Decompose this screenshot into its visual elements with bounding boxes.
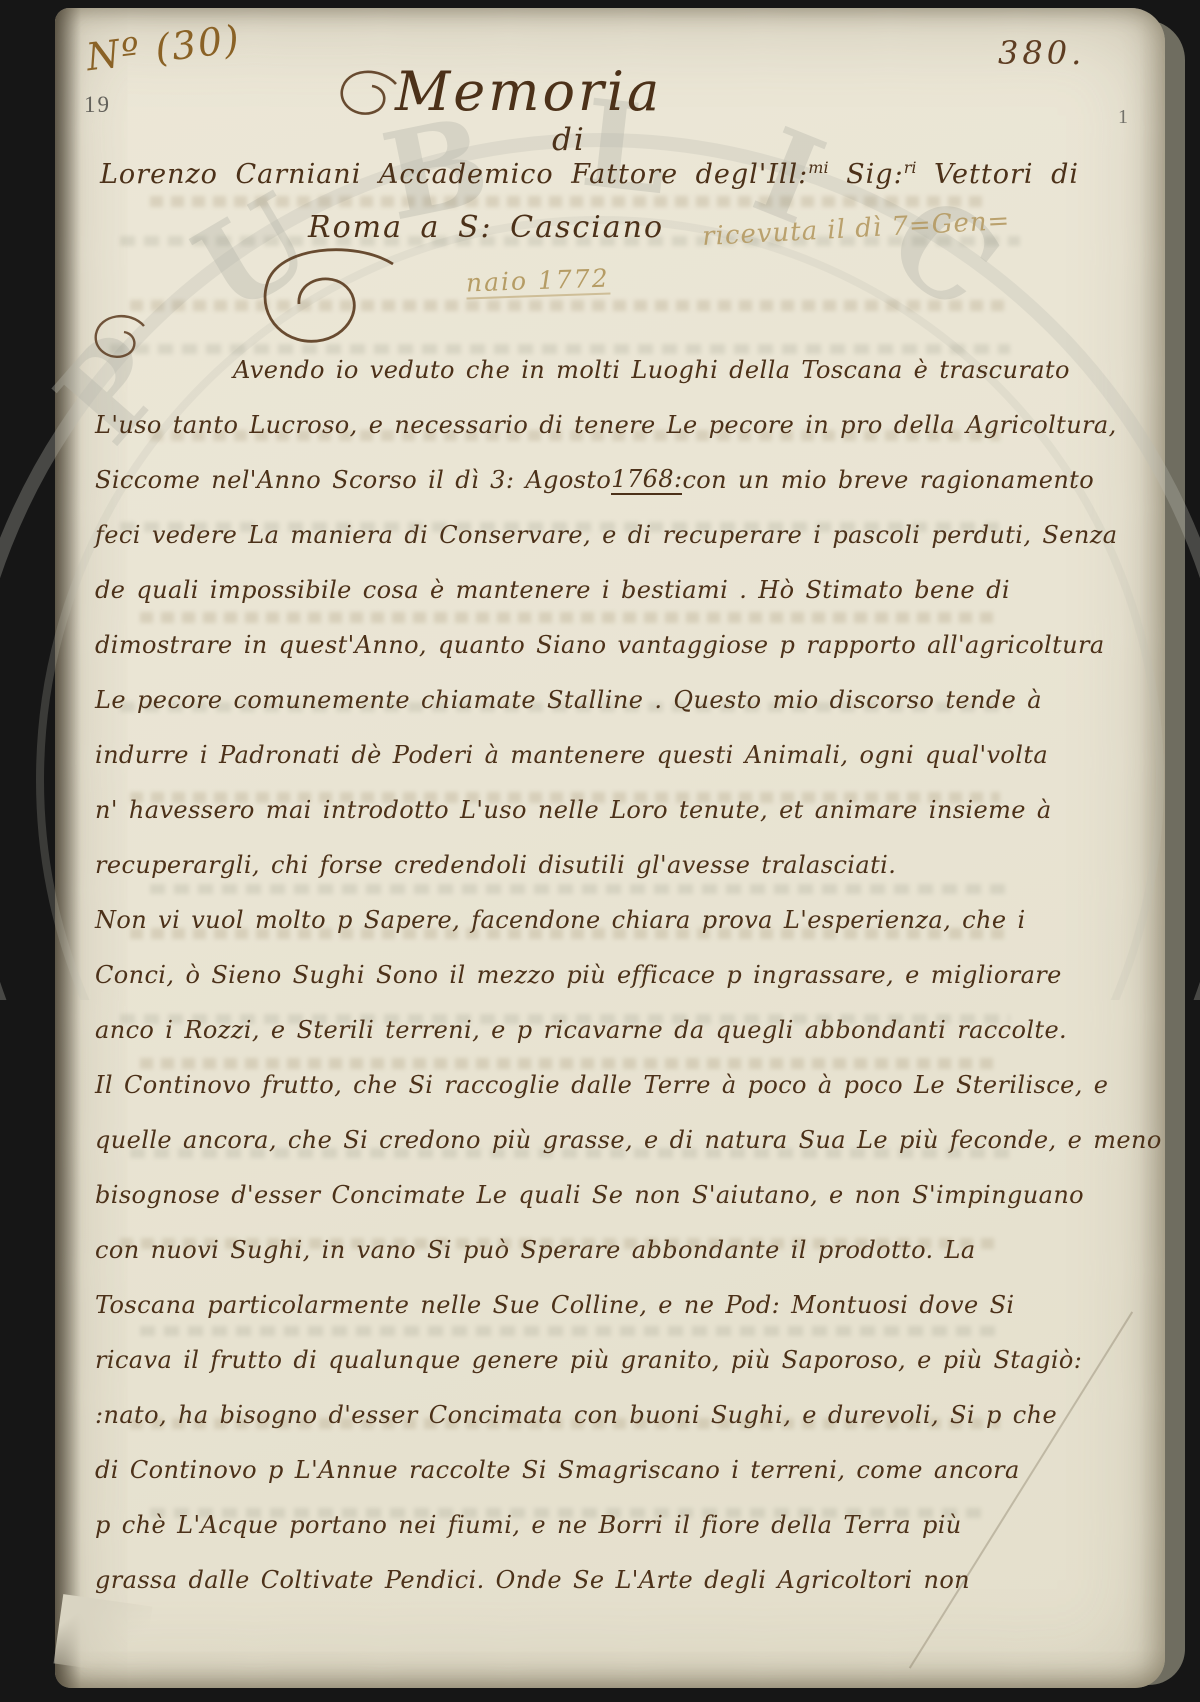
received-date-annotation-2: naio 1772 [466, 264, 611, 300]
manuscript-line: feci vedere La maniera di Conservare, e … [95, 507, 1025, 562]
manuscript-line: Non vi vuol molto p Sapere, facendone ch… [95, 892, 1025, 947]
document-scan: PUBLIC Nº (30) 19 380. 1 Memoria di Lore… [0, 0, 1200, 1702]
manuscript-line: de quali impossibile cosa è mantenere i … [95, 562, 1025, 617]
heading-superscript: ri [904, 158, 917, 177]
manuscript-line: Il Continovo frutto, che Si raccoglie da… [95, 1057, 1025, 1112]
printed-folio-left: 19 [84, 92, 111, 118]
manuscript-line: Le pecore comunemente chiamate Stalline … [95, 672, 1025, 727]
manuscript-line: di Continovo p L'Annue raccolte Si Smagr… [95, 1442, 1025, 1497]
memoria-title: Memoria [395, 60, 662, 123]
manuscript-line: con nuovi Sughi, in vano Si può Sperare … [95, 1222, 1025, 1277]
manuscript-line: n' havessero mai introdotto L'uso nelle … [95, 782, 1025, 837]
manuscript-line: ricava il frutto di qualunque genere più… [95, 1332, 1025, 1387]
manuscript-body: Avendo io veduto che in molti Luoghi del… [95, 342, 1025, 1607]
heading-place-line: Roma a S: Casciano [308, 210, 664, 245]
manuscript-line: :nato, ha bisogno d'esser Concimata con … [95, 1387, 1025, 1442]
heading-author-line: Lorenzo Carniani Accademico Fattore degl… [100, 158, 1079, 190]
handwritten-page-number: 380. [998, 34, 1085, 72]
manuscript-line: grassa dalle Coltivate Pendici. Onde Se … [95, 1552, 1025, 1607]
underlined-year: 1768: [611, 465, 682, 495]
manuscript-line: Siccome nel'Anno Scorso il dì 3: Agosto … [95, 452, 1025, 507]
heading-superscript: mi [808, 158, 828, 177]
manuscript-line: Avendo io veduto che in molti Luoghi del… [95, 342, 1025, 397]
manuscript-line: bisognose d'esser Concimate Le quali Se … [95, 1167, 1025, 1222]
manuscript-line: indurre i Padronati dè Poderi à mantener… [95, 727, 1025, 782]
binding-edge-shadow [55, 8, 81, 1688]
manuscript-line: recuperargli, chi forse credendoli disut… [95, 837, 1025, 892]
heading-text: Lorenzo Carniani Accademico Fattore degl… [100, 159, 808, 190]
manuscript-line: dimostrare in quest'Anno, quanto Siano v… [95, 617, 1025, 672]
manuscript-line: L'uso tanto Lucroso, e necessario di ten… [95, 397, 1025, 452]
bleedthrough-line [130, 300, 1010, 311]
heading-text: Sig: [829, 159, 904, 190]
manuscript-line: Toscana particolarmente nelle Sue Collin… [95, 1277, 1025, 1332]
heading-text: Vettori di [916, 159, 1079, 190]
line-text: con un mio breve ragionamento [682, 466, 1094, 494]
manuscript-line: quelle ancora, che Si credono più grasse… [95, 1112, 1025, 1167]
line-text: Siccome nel'Anno Scorso il dì 3: Agosto [95, 466, 611, 494]
printed-folio-right: 1 [1118, 106, 1128, 129]
title-subtitle: di [552, 122, 586, 158]
manuscript-line: Conci, ò Sieno Sughi Sono il mezzo più e… [95, 947, 1025, 1002]
manuscript-line: anco i Rozzi, e Sterili terreni, e p ric… [95, 1002, 1025, 1057]
manuscript-line: p chè L'Acque portano nei fiumi, e ne Bo… [95, 1497, 1025, 1552]
bleedthrough-line [150, 196, 990, 207]
